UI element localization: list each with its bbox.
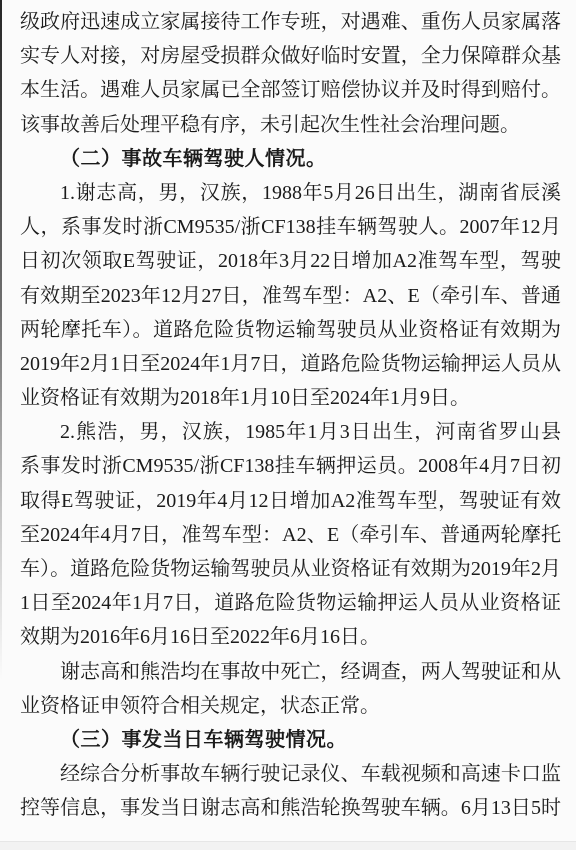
text-line: 日初次领取E驾驶证，2018年3月22日增加A2准驾车型，驾驶证: [20, 244, 561, 278]
section-heading: （三）事发当日车辆驾驶情况。: [20, 723, 561, 757]
text-line: 经综合分析事故车辆行驶记录仪、车载视频和高速卡口监: [20, 757, 561, 791]
document-page: 级政府迅速成立家属接待工作专班，对遇难、重伤人员家属落 实专人对接，对房屋受损群…: [0, 0, 576, 850]
text-line: 实专人对接，对房屋受损群众做好临时安置，全力保障群众基: [20, 39, 561, 73]
text-line: 两轮摩托车）。道路危险货物运输驾驶员从业资格证有效期为: [20, 313, 561, 347]
text-line: 人，系事发时浙CM9535/浙CF138挂车辆驾驶人。2007年12月27: [20, 210, 561, 244]
text-line: 业资格证有效期为2018年1月10日至2024年1月9日。: [20, 381, 561, 415]
text-line: 取得E驾驶证，2019年4月12日增加A2准驾车型，驾驶证有效期: [20, 484, 561, 518]
text-line: 本生活。遇难人员家属已全部签订赔偿协议并及时得到赔付。: [20, 73, 561, 107]
text-line: 车）。道路危险货物运输驾驶员从业资格证有效期为2019年2月: [20, 552, 561, 586]
text-line: 1.谢志高，男，汉族，1988年5月26日出生，湖南省辰溪县: [20, 176, 561, 210]
document-body: 级政府迅速成立家属接待工作专班，对遇难、重伤人员家属落 实专人对接，对房屋受损群…: [20, 5, 561, 826]
page-bottom-strip: [0, 841, 576, 850]
text-line: 谢志高和熊浩均在事故中死亡，经调查，两人驾驶证和从: [20, 655, 561, 689]
text-line: 该事故善后处理平稳有序，未引起次生性社会治理问题。: [20, 108, 561, 142]
text-line: 1日至2024年1月7日，道路危险货物运输押运人员从业资格证有: [20, 586, 561, 620]
text-line: 效期为2016年6月16日至2022年6月16日。: [20, 620, 561, 654]
text-line: 业资格证申领符合相关规定，状态正常。: [20, 689, 561, 723]
text-line: 控等信息，事发当日谢志高和熊浩轮换驾驶车辆。6月13日5时: [20, 791, 561, 825]
section-heading: （二）事故车辆驾驶人情况。: [20, 142, 561, 176]
text-line: 有效期至2023年12月27日，准驾车型：A2、E（牵引车、普通: [20, 279, 561, 313]
text-line: 2019年2月1日至2024年1月7日，道路危险货物运输押运人员从: [20, 347, 561, 381]
scan-artifact-left-edge: [0, 0, 2, 680]
text-line: 级政府迅速成立家属接待工作专班，对遇难、重伤人员家属落: [20, 5, 561, 39]
text-line: 2.熊浩，男，汉族，1985年1月3日出生，河南省罗山县人，: [20, 415, 561, 449]
text-line: 系事发时浙CM9535/浙CF138挂车辆押运员。2008年4月7日初次: [20, 449, 561, 483]
text-line: 至2024年4月7日，准驾车型：A2、E（牵引车、普通两轮摩托: [20, 518, 561, 552]
